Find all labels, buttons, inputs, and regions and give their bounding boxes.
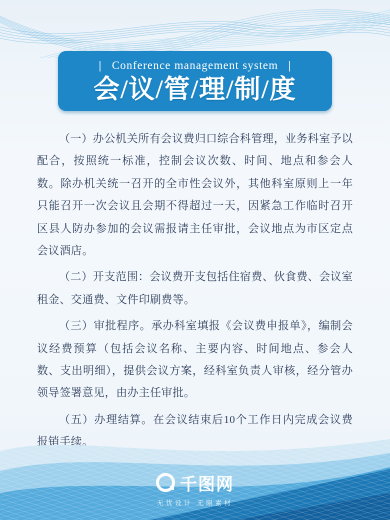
page-title: 会/议/管/理/制/度	[58, 74, 332, 106]
banner-subtitle-text: Conference management system	[112, 59, 278, 73]
qiantu-logo-icon	[156, 473, 175, 492]
watermark: 千图网 无忧设计 无限素材	[156, 470, 234, 507]
watermark-tagline: 无忧设计 无限素材	[157, 498, 233, 507]
top-wave-decoration	[0, 0, 390, 58]
document-body: （一）办公机关所有会议费归口综合科管理，业务科室予以配合，按照统一标准，控制会议…	[37, 128, 353, 458]
title-banner: | Conference management system | 会/议/管/理…	[58, 51, 332, 111]
paragraph-1: （一）办公机关所有会议费归口综合科管理，业务科室予以配合，按照统一标准，控制会议…	[37, 128, 353, 262]
paragraph-2: （二）开支范围：会议费开支包括住宿费、伙食费、会议室租金、交通费、文件印刷费等。	[37, 266, 353, 311]
watermark-brand: 千图网	[180, 470, 234, 495]
banner-english-subtitle: | Conference management system |	[58, 59, 332, 73]
right-bar-separator: |	[288, 59, 291, 73]
paragraph-3: （三）审批程序。承办科室填报《会议费申报单》，编制会议经费预算（包括会议名称、主…	[37, 315, 353, 405]
left-bar-separator: |	[99, 59, 102, 73]
